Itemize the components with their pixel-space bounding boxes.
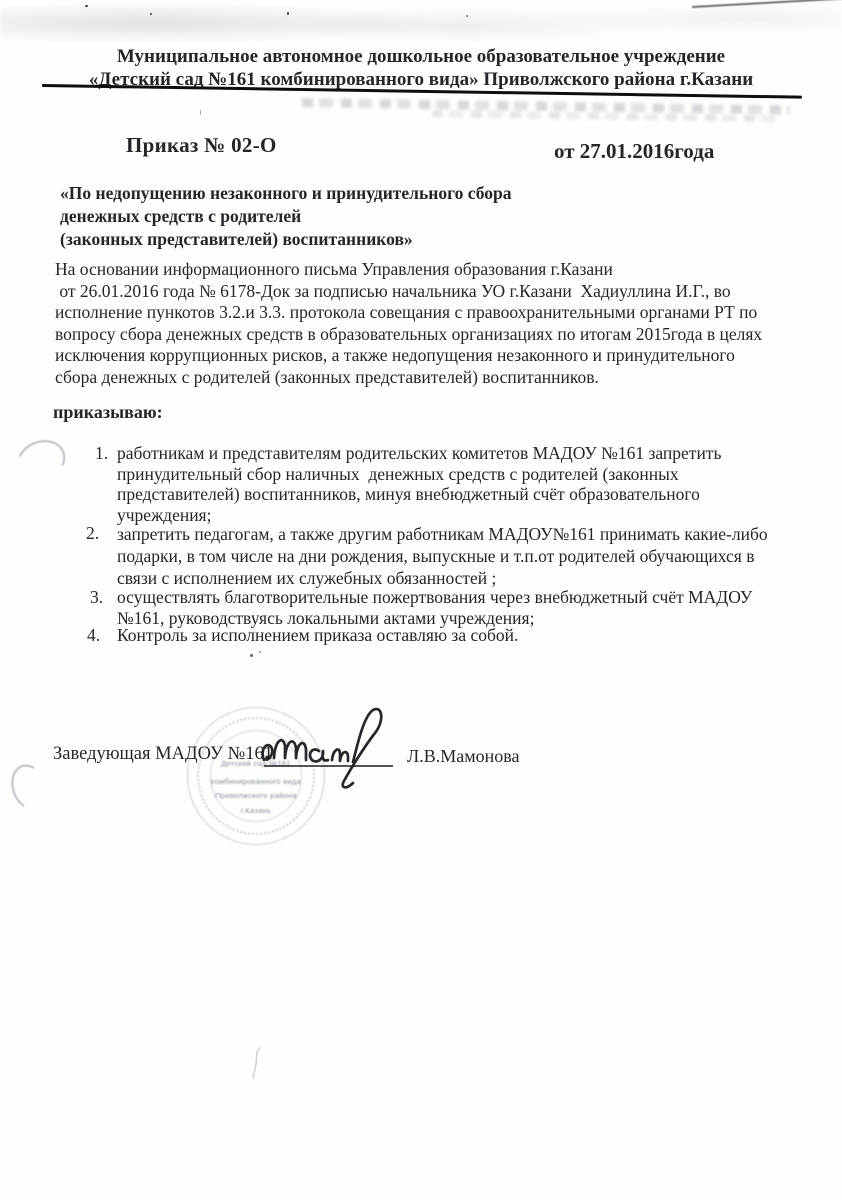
scanned-order-document: Муниципальное автономное дошкольное обра… bbox=[0, 0, 842, 1200]
order-item-number: 1. bbox=[95, 443, 108, 464]
order-item-text: осуществлять благотворительные пожертвов… bbox=[117, 587, 789, 628]
order-item-number: 3. bbox=[90, 587, 103, 608]
order-preamble: На основании информационного письма Упра… bbox=[55, 259, 803, 389]
decree-word: приказываю: bbox=[53, 402, 163, 423]
order-item-text: запретить педагогам, а также другим рабо… bbox=[117, 523, 789, 589]
org-name-line-1: Муниципальное автономное дошкольное обра… bbox=[40, 46, 802, 68]
handwritten-signature-ink bbox=[256, 698, 406, 798]
order-item-text: работникам и представителям родительских… bbox=[117, 443, 789, 525]
document-content: Муниципальное автономное дошкольное обра… bbox=[0, 0, 842, 1200]
order-item-text: Контроль за исполнением приказа оставляю… bbox=[117, 625, 789, 646]
signature-role-label: Заведующая МАДОУ №161 bbox=[53, 744, 273, 765]
order-date: от 27.01.2016года bbox=[554, 139, 714, 164]
scan-speck bbox=[259, 651, 261, 653]
stamp-text-row: г.Казань bbox=[188, 807, 324, 815]
scan-speck bbox=[250, 654, 253, 657]
order-subject: «По недопущению незаконного и принудител… bbox=[60, 182, 660, 251]
order-item-number: 4. bbox=[87, 625, 100, 646]
order-number: Приказ № 02-О bbox=[126, 133, 277, 158]
order-item-number: 2. bbox=[86, 523, 99, 544]
signature-name: Л.В.Мамонова bbox=[407, 746, 519, 767]
